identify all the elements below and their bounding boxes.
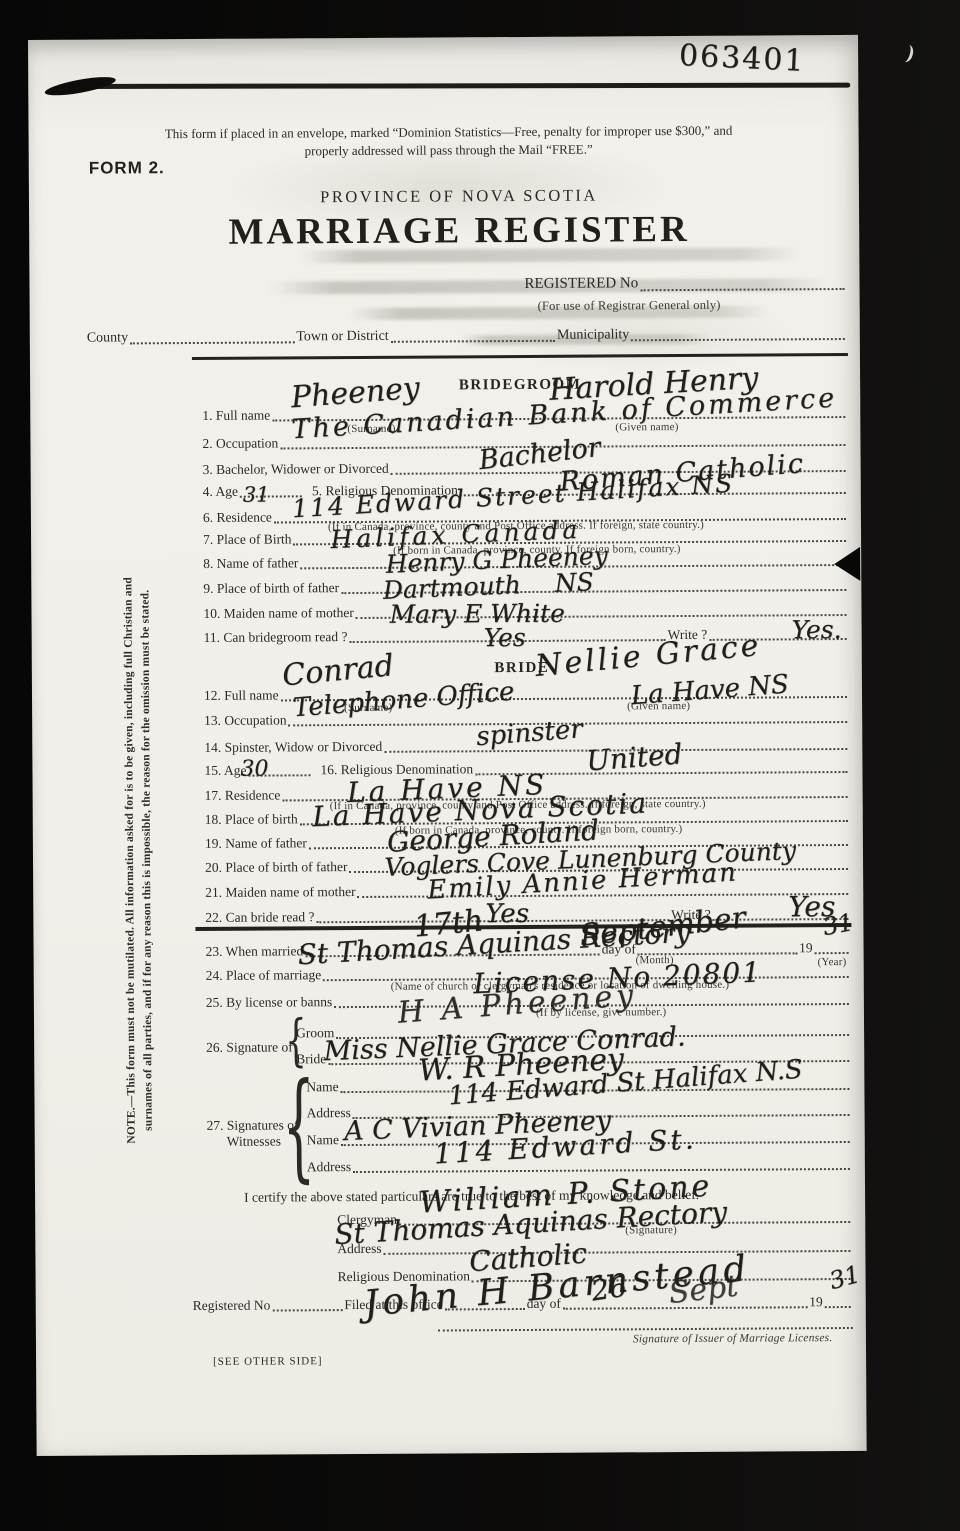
field-label: 25. By license or banns bbox=[206, 993, 332, 1011]
field-label: Registered No bbox=[193, 1297, 271, 1315]
issuer-label: Signature of Issuer of Marriage Licenses… bbox=[633, 1332, 833, 1345]
dotted-line bbox=[631, 338, 845, 341]
hw-bride-age: 30 bbox=[240, 757, 268, 782]
field-label: 2. Occupation bbox=[202, 434, 278, 452]
field-label: 7. Place of Birth bbox=[203, 530, 292, 548]
dotted-line bbox=[272, 1309, 342, 1311]
scan-artifact-mark bbox=[896, 42, 915, 63]
dotted-line bbox=[391, 340, 555, 343]
side-note: NOTE.—This form must not be mutilated. A… bbox=[120, 540, 162, 1180]
field-label: Name bbox=[307, 1131, 339, 1149]
envelope-note: This form if placed in an envelope, mark… bbox=[89, 121, 809, 160]
registrar-only-note: (For use of Registrar General only) bbox=[538, 298, 721, 314]
hw-groom-mother: Mary E White bbox=[389, 599, 565, 629]
dotted-line bbox=[130, 342, 294, 345]
field-label: Name bbox=[306, 1078, 338, 1096]
field-label: 19 bbox=[809, 1293, 823, 1311]
municipality-label: Municipality bbox=[557, 326, 629, 345]
dotted-line bbox=[384, 1250, 851, 1255]
issuer-signature-line bbox=[438, 1312, 853, 1332]
stamp-number: 063401 bbox=[678, 38, 806, 79]
field-label: 18. Place of birth bbox=[205, 810, 298, 828]
field-label: 21. Maiden name of mother bbox=[205, 883, 355, 901]
field-label: 13. Occupation bbox=[204, 711, 287, 729]
field-label: 6. Residence bbox=[203, 509, 272, 527]
town-label: Town or District bbox=[296, 328, 388, 347]
field-label: 9. Place of birth of father bbox=[203, 579, 339, 597]
field-label: 3. Bachelor, Widower or Divorced bbox=[203, 460, 389, 479]
hw-groom-write: Yes. bbox=[792, 615, 842, 644]
hw-married-year: 31 bbox=[820, 908, 855, 941]
registered-no-row: REGISTERED No bbox=[524, 273, 846, 294]
scanned-document: 063401 This form if placed in an envelop… bbox=[0, 0, 960, 1531]
field-label: Address bbox=[307, 1158, 351, 1176]
field-label: 19 bbox=[799, 939, 813, 957]
marriage-register-form: 063401 This form if placed in an envelop… bbox=[28, 35, 867, 1456]
see-other-side: [SEE OTHER SIDE] bbox=[213, 1354, 323, 1369]
field-label: 12. Full name bbox=[204, 686, 279, 704]
side-note-line2: surnames of all parties, and if for any … bbox=[137, 540, 158, 1180]
field-label: 11. Can bridegroom read ? bbox=[204, 628, 348, 646]
witnesses-label2: Witnesses bbox=[227, 1132, 281, 1150]
hw-groom-age: 31 bbox=[243, 483, 270, 507]
county-label: County bbox=[87, 329, 128, 347]
field-label: 20. Place of birth of father bbox=[205, 858, 348, 876]
page-notch bbox=[834, 547, 860, 581]
page-title: MARRIAGE REGISTER bbox=[179, 208, 739, 254]
registered-no-label: REGISTERED No bbox=[524, 274, 638, 294]
field-label: 23. When married bbox=[206, 942, 304, 960]
field-label: 19. Name of father bbox=[205, 834, 307, 852]
hw-groom-read: Yes bbox=[484, 623, 526, 652]
dotted-line bbox=[353, 1168, 850, 1173]
field-label: 10. Maiden name of mother bbox=[203, 604, 353, 622]
form-number: FORM 2. bbox=[89, 158, 165, 178]
section-rule bbox=[192, 353, 848, 360]
county-row: County Town or District Municipality bbox=[87, 325, 847, 348]
province-heading: PROVINCE OF NOVA SCOTIA bbox=[179, 185, 739, 208]
dotted-line bbox=[815, 952, 849, 954]
dotted-line bbox=[825, 1306, 851, 1308]
field-label: 22. Can bride read ? bbox=[205, 908, 314, 926]
field-label: 17. Residence bbox=[205, 786, 281, 804]
dotted-line bbox=[640, 288, 844, 291]
bleed-through-text bbox=[299, 247, 799, 263]
field-label: 8. Name of father bbox=[203, 554, 298, 572]
scan-artifact-blob bbox=[44, 73, 117, 99]
field-label: 14. Spinster, Widow or Divorced bbox=[204, 738, 382, 757]
field-label: 4. Age bbox=[203, 483, 238, 501]
signature-of-label: 26. Signature of bbox=[206, 1038, 293, 1056]
field-label: 1. Full name bbox=[202, 407, 270, 425]
scan-artifact-streak bbox=[88, 83, 850, 89]
